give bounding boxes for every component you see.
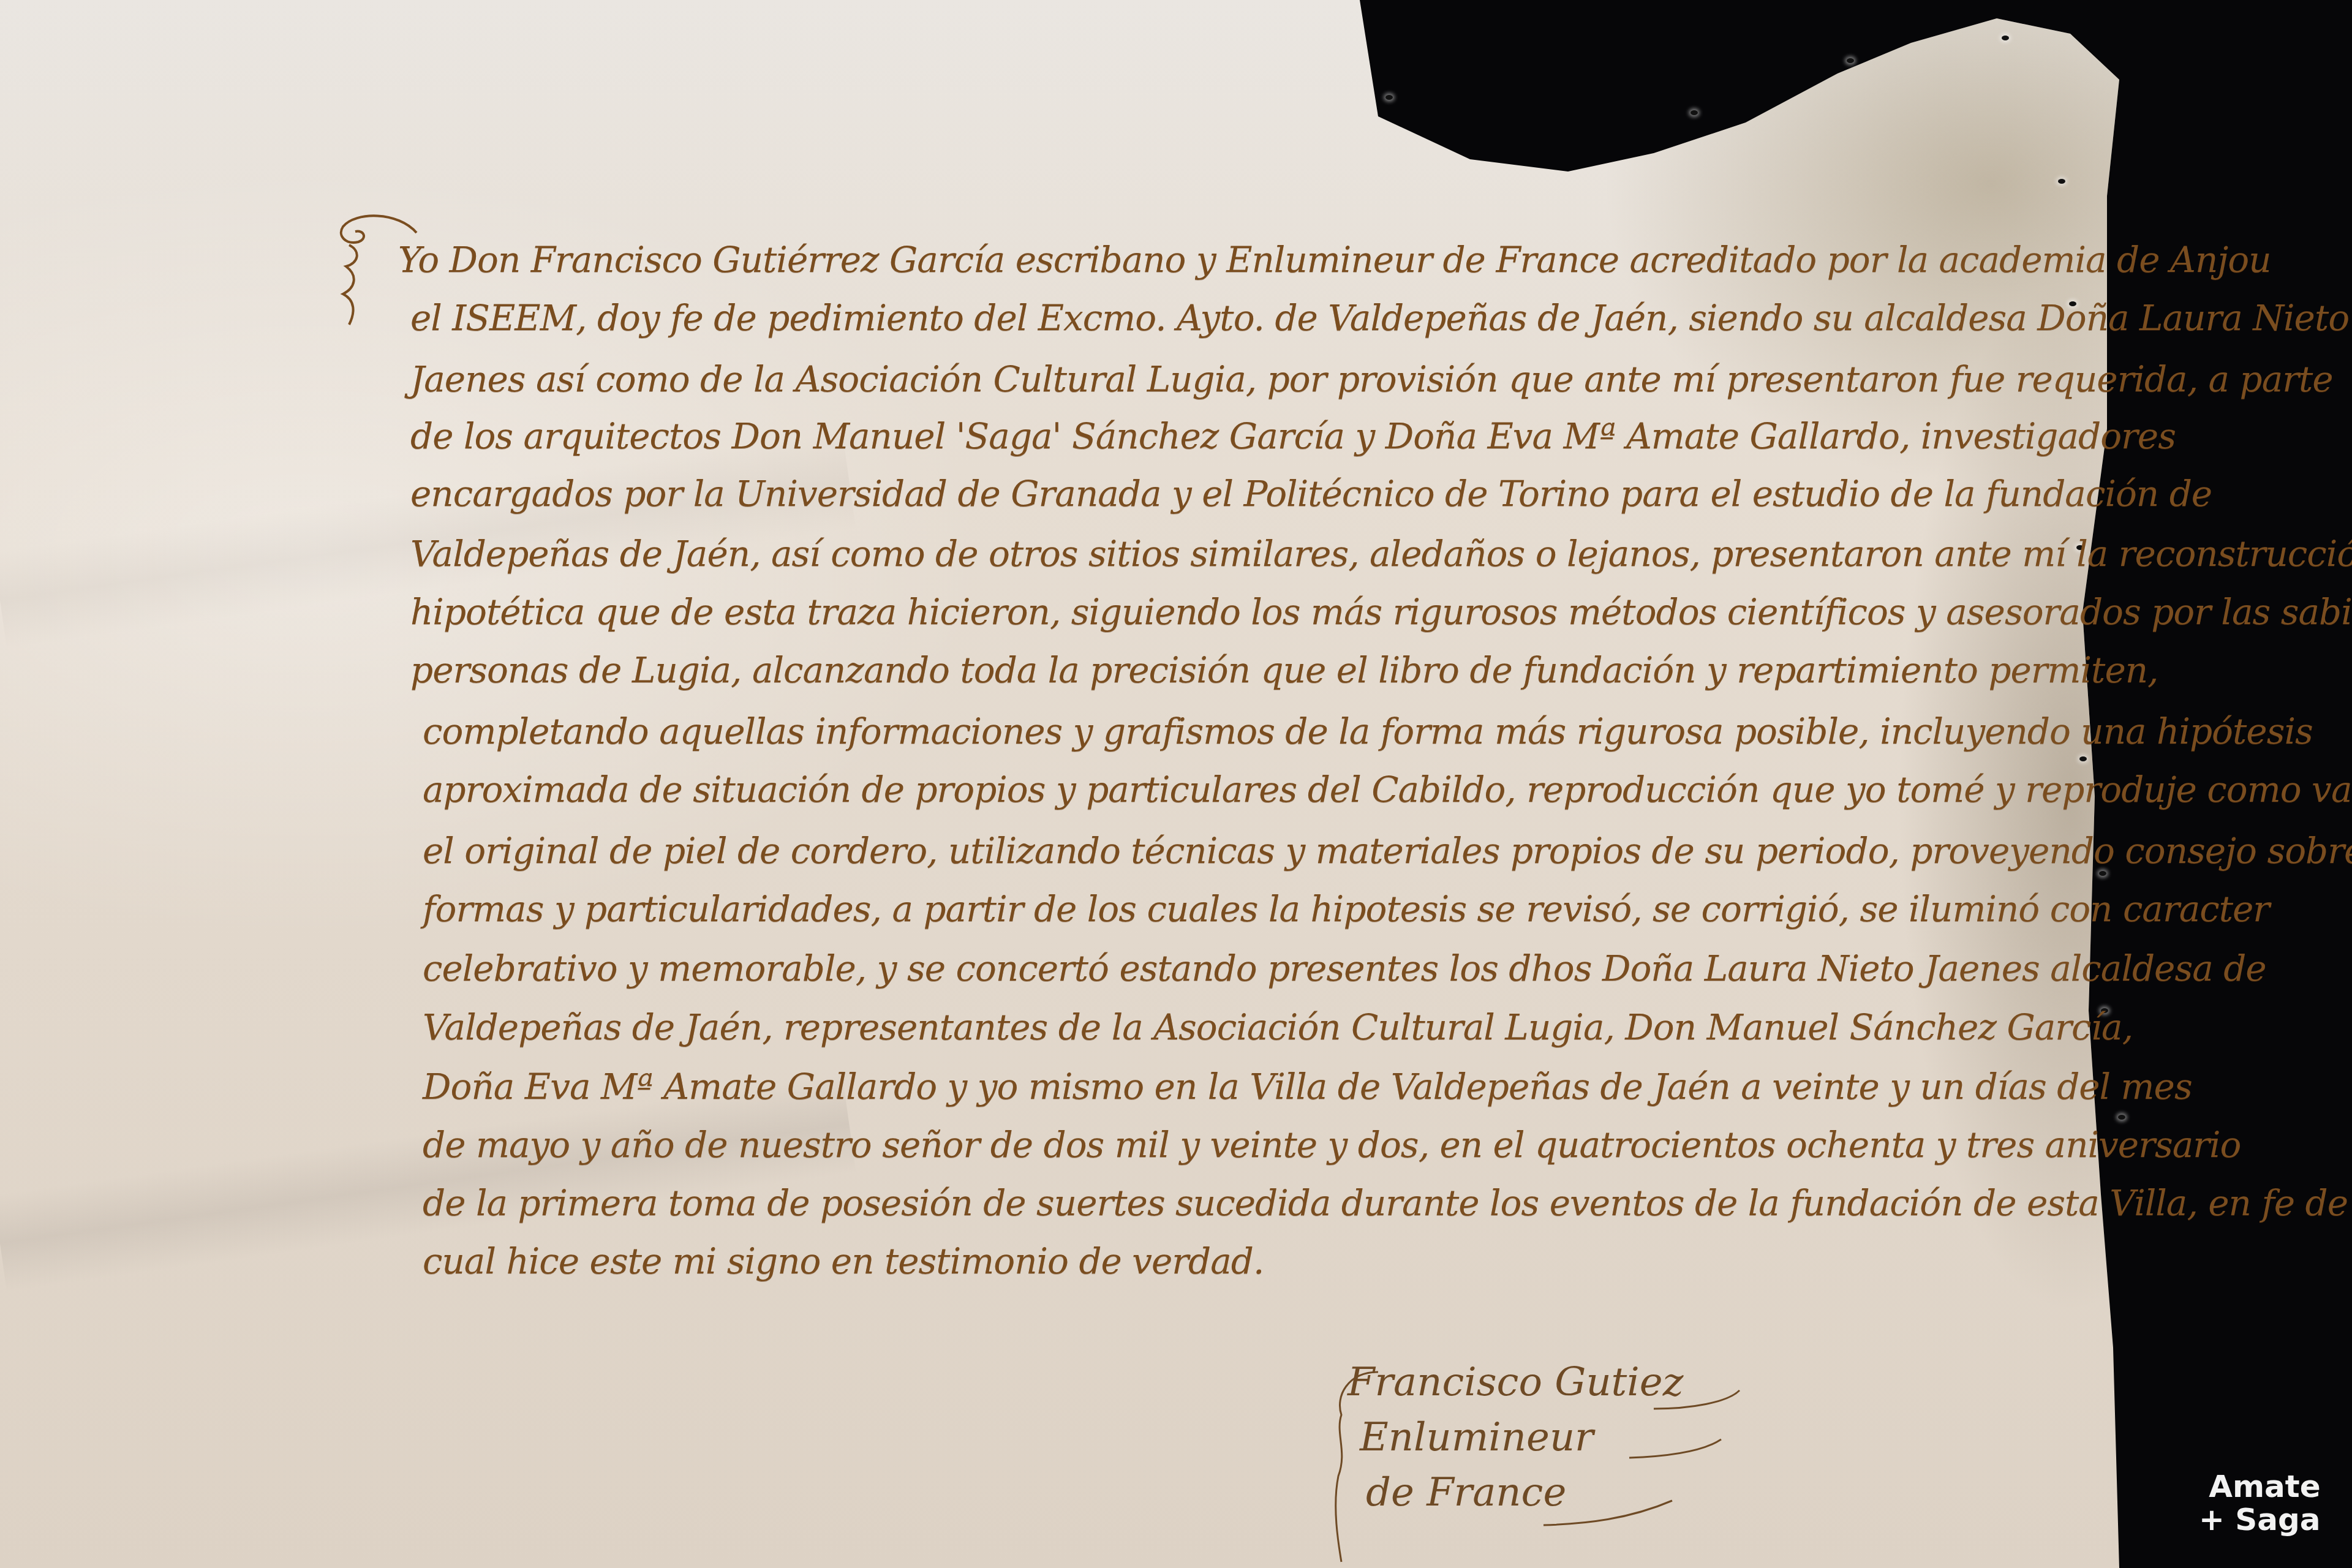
- text-line: de mayo y año de nuestro señor de dos mi…: [423, 1124, 2241, 1166]
- text-line: personas de Lugia, alcanzando toda la pr…: [410, 649, 2158, 691]
- stitch-hole: [2118, 1115, 2125, 1120]
- text-line: Valdepeñas de Jaén, así como de otros si…: [410, 533, 2352, 575]
- text-line: el original de piel de cordero, utilizan…: [423, 830, 2352, 872]
- text-line: aproximada de situación de propios y par…: [423, 769, 2352, 810]
- text-line: de los arquitectos Don Manuel 'Saga' Sán…: [410, 415, 2176, 457]
- text-line: formas y particularidades, a partir de l…: [423, 888, 2269, 930]
- text-line: el ISEEM, doy fe de pedimiento del Excmo…: [410, 297, 2349, 339]
- text-line: Valdepeñas de Jaén, representantes de la…: [423, 1006, 2133, 1048]
- watermark-line1: Amate: [2199, 1470, 2321, 1503]
- text-line: celebrativo y memorable, y se concertó e…: [423, 948, 2266, 989]
- watermark-line2: + Saga: [2199, 1503, 2321, 1536]
- stitch-hole: [2099, 871, 2106, 876]
- text-line: hipotética que de esta traza hicieron, s…: [410, 591, 2352, 633]
- stitch-hole: [2058, 179, 2065, 184]
- watermark-logo: Amate + Saga: [2199, 1470, 2321, 1536]
- text-line: cual hice este mi signo en testimonio de…: [423, 1240, 1264, 1282]
- text-line: encargados por la Universidad de Granada…: [410, 473, 2212, 514]
- text-line: Doña Eva Mª Amate Gallardo y yo mismo en…: [423, 1066, 2192, 1107]
- stitch-hole: [2079, 756, 2087, 761]
- stitch-hole: [1847, 58, 1854, 63]
- text-line: Jaenes así como de la Asociación Cultura…: [410, 358, 2333, 400]
- stitch-hole: [1691, 110, 1698, 115]
- stitch-hole: [2002, 36, 2009, 40]
- text-line: Yo Don Francisco Gutiérrez García escrib…: [398, 239, 2271, 281]
- signature: Francisco Gutiez Enlumineur de France: [1311, 1347, 1752, 1568]
- text-line: completando aquellas informaciones y gra…: [423, 710, 2313, 752]
- text-line: de la primera toma de posesión de suerte…: [423, 1182, 2352, 1224]
- signature-flourish-icon: [1311, 1347, 1752, 1568]
- stitch-hole: [1385, 95, 1393, 100]
